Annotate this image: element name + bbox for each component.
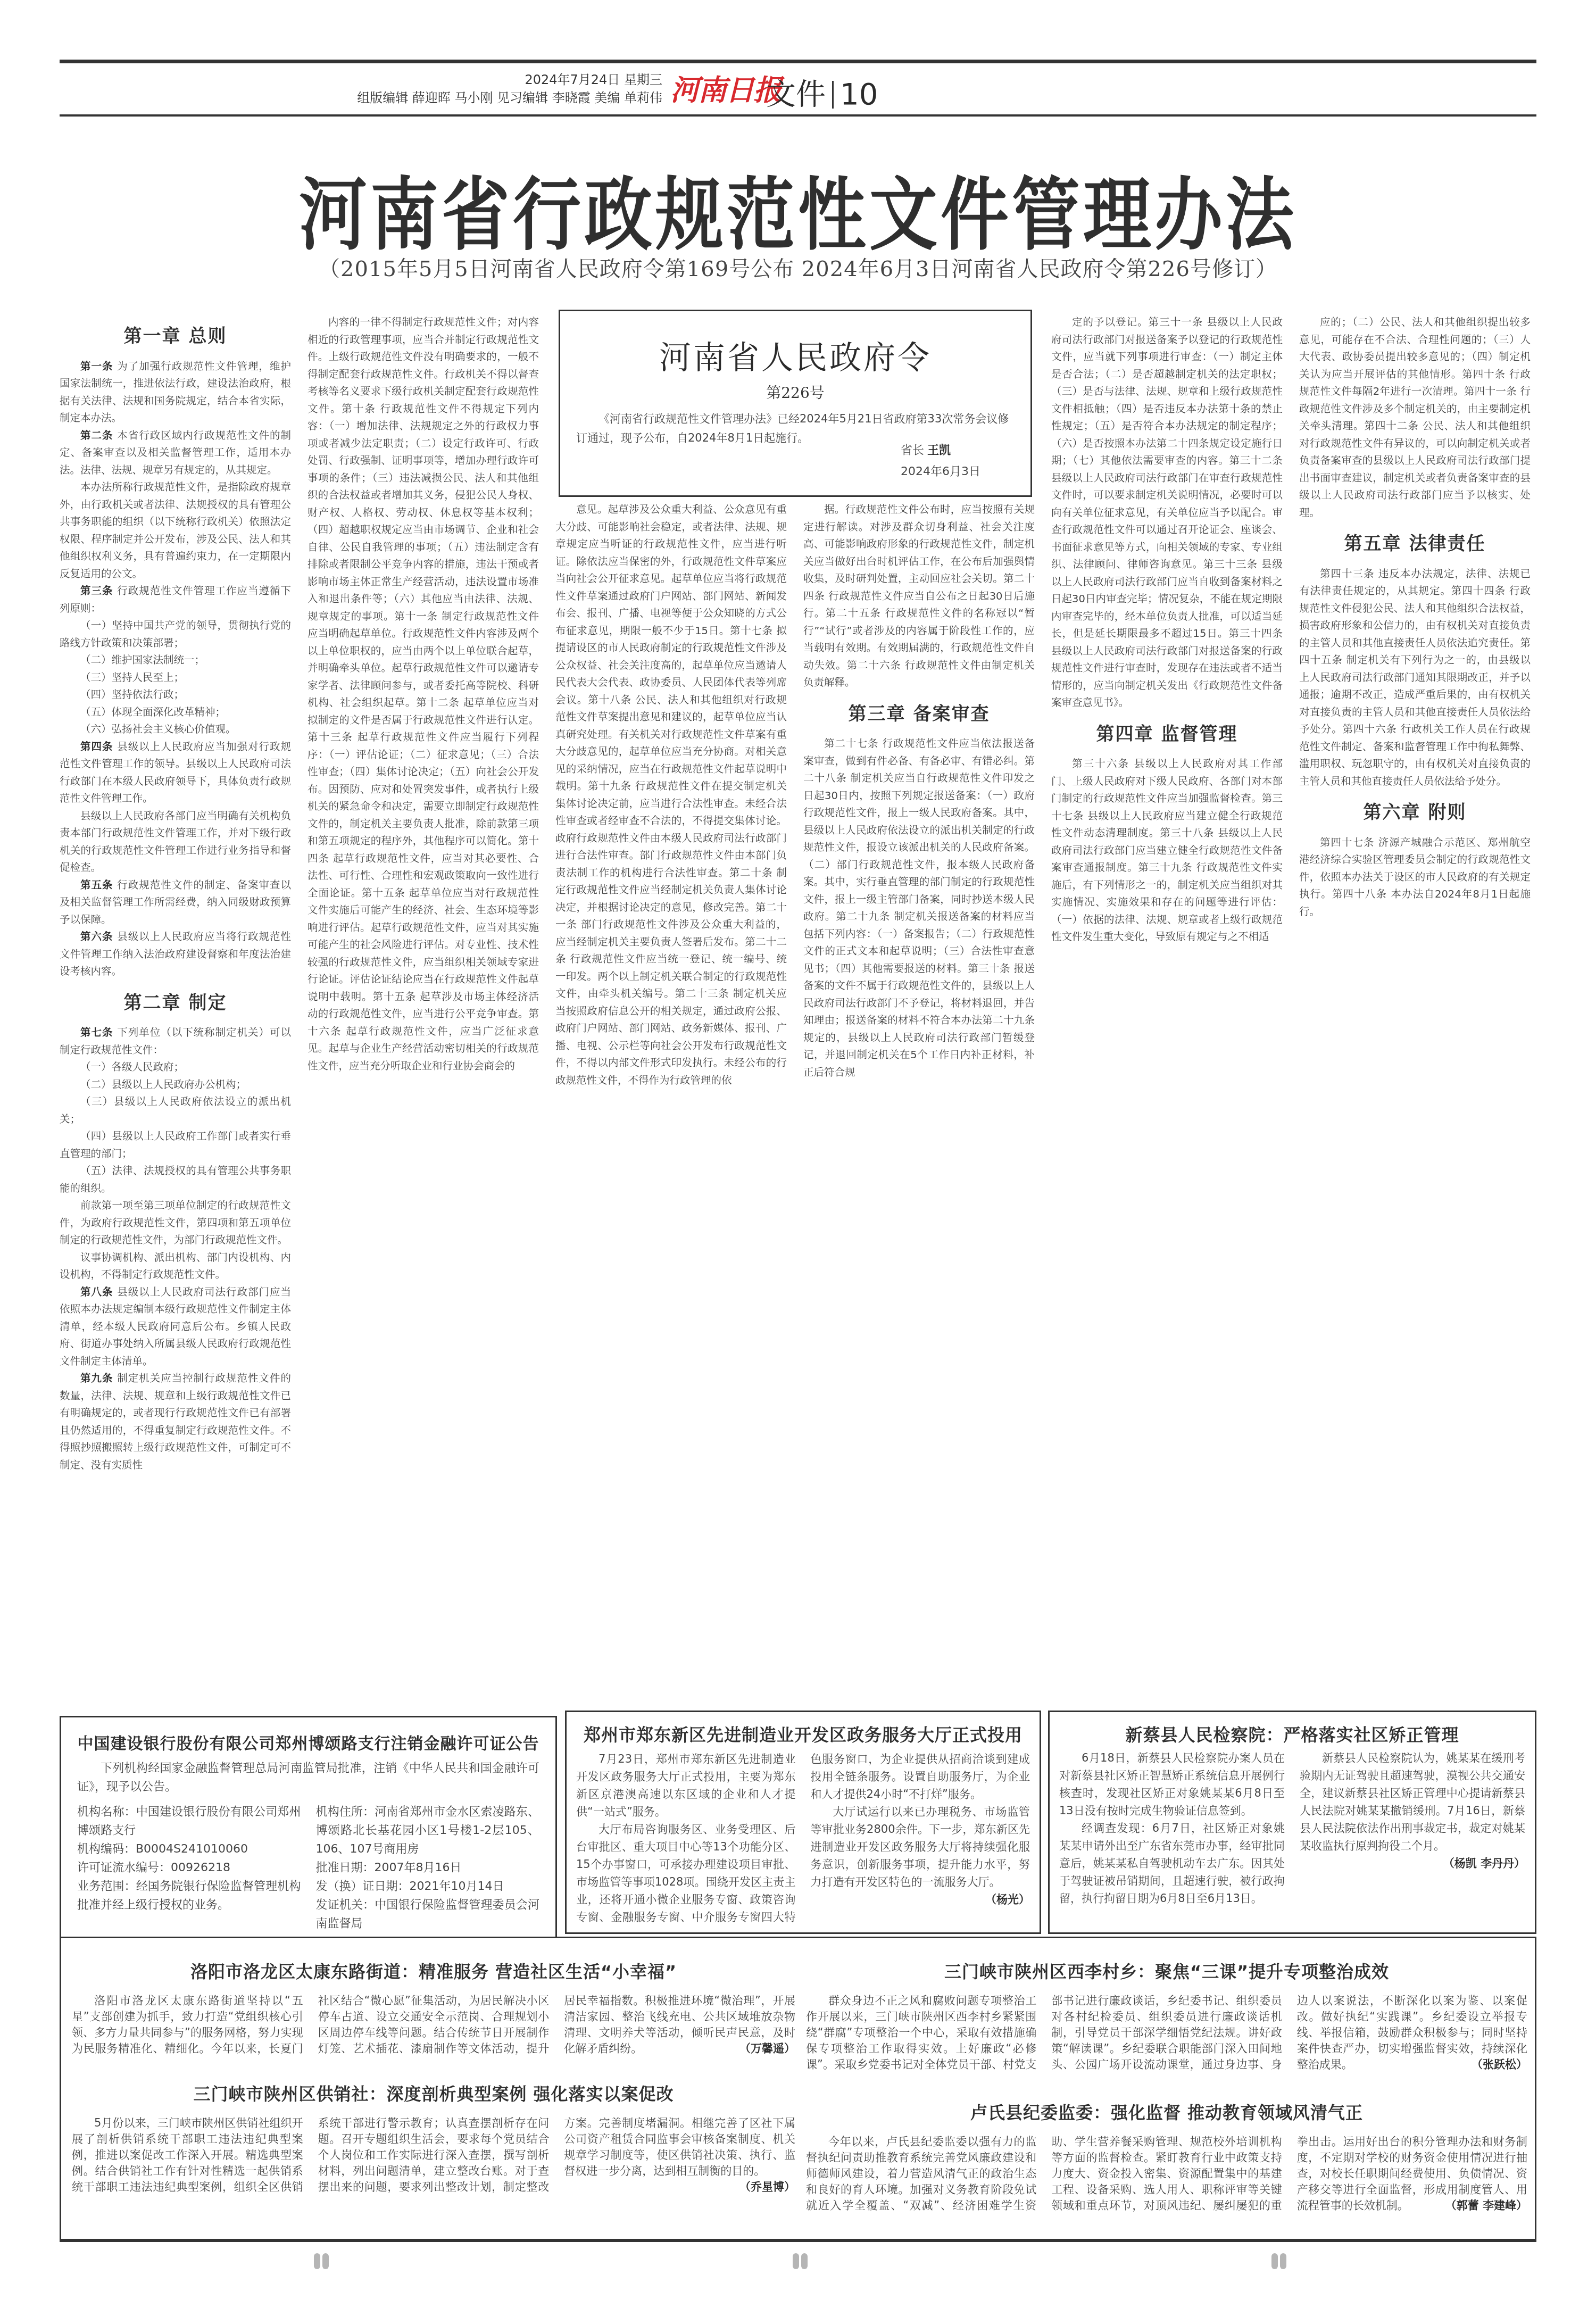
news-title: 三门峡市陕州区西李村乡：聚焦“三课”提升专项整治成效 (806, 1958, 1527, 1983)
article-text: 制定机关应当控制行政规范性文件的数量，法律、法规、规章和上级行政规范性文件已有明… (60, 1372, 291, 1471)
decree-number: 第226号 (560, 381, 1030, 403)
law-column-1: 第一章 总则 第一条 为了加强行政规范性文件管理，维护国家法制统一，推进依法行政… (60, 314, 291, 1474)
decree-title: 河南省人民政府令 (560, 333, 1030, 378)
article-list: 第七条 下列单位（以下统称制定机关）可以制定行政规范性文件：（一）各级人民政府；… (60, 1024, 291, 1474)
article-text: 议事协调机构、派出机构、部门内设机构、内设机构，不得制定行政规范性文件。 (60, 1251, 291, 1281)
article-paragraph: （六）弘扬社会主义核心价值观。 (60, 721, 291, 738)
masthead: 2024年7月24日 星期三 组版编辑 薛迎晖 马小刚 见习编辑 李晓霞 美编 … (0, 67, 1596, 113)
paragraph-text: 群众身边不正之风和腐败问题专项整治工作开展以来，三门峡市陕州区西李村乡紧紧围绕“… (806, 1994, 1527, 2071)
notice-field: 发（换）证日期：2021年10月14日 (316, 1877, 540, 1896)
article-paragraph: 第八条 县级以上人民政府司法行政部门应当依照本办法规定编制本级行政规范性文件制定… (60, 1284, 291, 1371)
chapter-heading: 第一章 总则 (60, 328, 291, 345)
article-text: 意见。起草涉及公众重大利益、公众意见有重大分歧、可能影响社会稳定，或者法律、法规… (555, 501, 787, 1089)
article-text: 定的予以登记。第三十一条 县级以上人民政府司法行政部门对报送备案予以登记的行政规… (1051, 314, 1283, 712)
byline: （杨凯 李丹丹） (1421, 1855, 1525, 1872)
page-title: 河南省行政规范性文件管理办法 (0, 152, 1596, 265)
news-lushi-discipline: 卢氏县纪委监委：强化监督 推动教育领域风清气正 今年以来，卢氏县纪委监委以强有力… (806, 2090, 1527, 2213)
law-column-2: 内容的一律不得制定行政规范性文件；对内容相近的行政管理事项，应当合并制定行政规范… (307, 314, 539, 1075)
law-column-5: 定的予以登记。第三十一条 县级以上人民政府司法行政部门对报送备案予以登记的行政规… (1051, 314, 1283, 946)
article-text: （三）县级以上人民政府依法设立的派出机关； (60, 1095, 291, 1125)
article-number: 第六条 (80, 931, 117, 943)
page-subtitle: （2015年5月5日河南省人民政府令第169号公布 2024年6月3日河南省人民… (0, 252, 1596, 283)
news-paragraph: 7月23日，郑州市郑东新区先进制造业开发区政务服务大厅正式投用，主要为郑东新区京… (576, 1750, 796, 1821)
article-paragraph: 议事协调机构、派出机构、部门内设机构、内设机构，不得制定行政规范性文件。 (60, 1249, 291, 1284)
chapter-heading: 第五章 法律责任 (1299, 535, 1531, 553)
paragraph-text: 大厅试运行以来已办理税务、市场监管等审批业务2800余件。下一步，郑东新区先进制… (811, 1805, 1030, 1888)
article-number: 第五条 (80, 879, 117, 891)
news-paragraph: 6月18日，新蔡县人民检察院办案人员在对新蔡县社区矫正智慧矫正系统信息开展例行核… (1059, 1749, 1285, 1820)
notice-field: 机构编码：B0004S241010060 (77, 1840, 301, 1858)
decree-box: 河南省人民政府令 第226号 《河南省行政规范性文件管理办法》已经2024年5月… (559, 310, 1032, 497)
news-paragraph: 群众身边不正之风和腐败问题专项整治工作开展以来，三门峡市陕州区西李村乡紧紧围绕“… (806, 1992, 1527, 2072)
notice-field: 许可证流水编号：00926218 (77, 1858, 301, 1877)
article-paragraph: （三）坚持人民至上； (60, 669, 291, 687)
news-bottom-panel: 洛阳市洛龙区太康东路街道：精准服务 营造社区生活“小幸福” 洛阳市洛龙区太康东路… (60, 1937, 1536, 2241)
article-number: 第一条 (80, 360, 117, 372)
news-body: 7月23日，郑州市郑东新区先进制造业开发区政务服务大厅正式投用，主要为郑东新区京… (567, 1750, 1040, 1926)
article-text: 本办法所称行政规范性文件，是指除政府规章外，由行政机关或者法律、法规授权的具有管… (60, 481, 291, 580)
notice-bank-license: 中国建设银行股份有限公司郑州博颂路支行注销金融许可证公告 下列机构经国家金融监督… (60, 1716, 557, 1969)
chapter-heading: 第四章 监督管理 (1051, 726, 1283, 743)
article-paragraph: 第七条 下列单位（以下统称制定机关）可以制定行政规范性文件： (60, 1024, 291, 1059)
article-text: （五）法律、法规授权的具有管理公共事务职能的组织。 (60, 1165, 291, 1194)
article-paragraph: 本办法所称行政规范性文件，是指除政府规章外，由行政机关或者法律、法规授权的具有管… (60, 479, 291, 583)
law-body: 第一章 总则 第一条 为了加强行政规范性文件管理，维护国家法制统一，推进依法行政… (60, 314, 1536, 1575)
chapter-heading: 第六章 附则 (1299, 804, 1531, 821)
decree-date: 2024年6月3日 (901, 461, 980, 483)
news-body: 6月18日，新蔡县人民检察院办案人员在对新蔡县社区矫正智慧矫正系统信息开展例行核… (1050, 1749, 1535, 1907)
notice-field: 机构名称：中国建设银行股份有限公司郑州博颂路支行 (77, 1803, 301, 1840)
notice-title: 中国建设银行股份有限公司郑州博颂路支行注销金融许可证公告 (70, 1730, 547, 1754)
article-text: 第四十三条 违反本办法规定，法律、法规已有法律责任规定的，从其规定。第四十四条 … (1299, 566, 1531, 791)
news-body: 洛阳市洛龙区太康东路街道坚持以“五星”支部创建为抓手，致力打造“党组织核心引领、… (72, 1992, 795, 2056)
paragraph-text: 洛阳市洛龙区太康东路街道坚持以“五星”支部创建为抓手，致力打造“党组织核心引领、… (72, 1994, 795, 2055)
notice-field: 批准日期：2007年8月16日 (316, 1858, 540, 1877)
article-text: （五）体现全面深化改革精神； (80, 706, 226, 718)
paragraph-text: 5月份以来，三门峡市陕州区供销社组织开展了剖析供销系统干部职工违法违纪典型案例，… (72, 2116, 795, 2193)
article-paragraph: （三）县级以上人民政府依法设立的派出机关； (60, 1093, 291, 1128)
news-zhengdong-hall: 郑州市郑东新区先进制造业开发区政务服务大厅正式投用 7月23日，郑州市郑东新区先… (565, 1711, 1041, 1934)
news-paragraph: 洛阳市洛龙区太康东路街道坚持以“五星”支部创建为抓手，致力打造“党组织核心引领、… (72, 1992, 795, 2056)
notice-body: 下列机构经国家金融监督管理总局河南监管局批准，注销《中华人民共和国金融许可证》，… (61, 1759, 555, 1933)
signer-name: 王凯 (927, 444, 951, 457)
news-title: 郑州市郑东新区先进制造业开发区政务服务大厅正式投用 (572, 1722, 1034, 1746)
masthead-rule (60, 114, 1536, 117)
byline: （万馨遥） (717, 2040, 795, 2056)
article-paragraph: 第九条 制定机关应当控制行政规范性文件的数量，法律、法规、规章和上级行政规范性文… (60, 1370, 291, 1474)
article-paragraph: （二）县级以上人民政府办公机构； (60, 1076, 291, 1094)
article-text: 第四十七条 济源产城融合示范区、郑州航空港经济综合实验区管理委员会制定的行政规范… (1299, 834, 1531, 921)
article-text: 第三十六条 县级以上人民政府对其工作部门、上级人民政府对下级人民政府、各部门对本… (1051, 756, 1283, 946)
news-shanzhou-supply: 三门峡市陕州区供销社：深度剖析典型案例 强化落实以案促改 5月份以来，三门峡市陕… (72, 2071, 795, 2195)
article-number: 第九条 (80, 1372, 117, 1384)
paragraph-text: 今年以来，卢氏县纪委监委以强有力的监督执纪问责助推教育系统完善党风廉政建设和师德… (806, 2135, 1527, 2212)
news-paragraph: 大厅试运行以来已办理税务、市场监管等审批业务2800余件。下一步，郑东新区先进制… (811, 1803, 1030, 1891)
news-paragraph: 5月份以来，三门峡市陕州区供销社组织开展了剖析供销系统干部职工违法违纪典型案例，… (72, 2115, 795, 2195)
section-name: 文件 (766, 77, 826, 112)
article-paragraph: 第三条 行政规范性文件管理工作应当遵循下列原则： (60, 583, 291, 617)
news-title: 卢氏县纪委监委：强化监督 推动教育领域风清气正 (806, 2099, 1527, 2124)
news-body: 群众身边不正之风和腐败问题专项整治工作开展以来，三门峡市陕州区西李村乡紧紧围绕“… (806, 1992, 1527, 2072)
law-column-3: 意见。起草涉及公众重大利益、公众意见有重大分歧、可能影响社会稳定，或者法律、法规… (555, 501, 787, 1089)
newspaper-logo: 河南日报 (670, 68, 781, 109)
editors-line: 组版编辑 薛迎晖 马小刚 见习编辑 李晓霞 美编 单莉伟 (298, 89, 662, 107)
news-title: 三门峡市陕州区供销社：深度剖析典型案例 强化落实以案促改 (72, 2081, 795, 2105)
article-text: 前款第一项至第三项单位制定的行政规范性文件，为政府行政规范性文件，第四项和第五项… (60, 1199, 291, 1246)
news-xili-village: 三门峡市陕州区西李村乡：聚焦“三课”提升专项整治成效 群众身边不正之风和腐败问题… (806, 1944, 1527, 2072)
notice-intro: 下列机构经国家金融监督管理总局河南监管局批准，注销《中华人民共和国金融许可证》，… (77, 1759, 539, 1796)
article-text: （一）各级人民政府； (80, 1061, 184, 1073)
notice-field: 发证机关：中国银行保险监督管理委员会河南监督局 (316, 1896, 540, 1933)
registration-mark (793, 2253, 814, 2272)
paragraph-text: 新蔡县人民检察院认为，姚某某在缓刑考验期内无证驾驶且超速驾驶，漠视公共交通安全，… (1300, 1751, 1525, 1852)
article-text: （二）维护国家法制统一； (80, 654, 205, 666)
article-paragraph: 第一条 为了加强行政规范性文件管理，维护国家法制统一，推进依法行政，建设法治政府… (60, 358, 291, 427)
news-luoyang: 洛阳市洛龙区太康东路街道：精准服务 营造社区生活“小幸福” 洛阳市洛龙区太康东路… (72, 1944, 795, 2056)
section-divider (832, 81, 834, 109)
article-list: 第一条 为了加强行政规范性文件管理，维护国家法制统一，推进依法行政，建设法治政府… (60, 358, 291, 981)
article-number: 第八条 (80, 1286, 117, 1298)
news-body: 5月份以来，三门峡市陕州区供销社组织开展了剖析供销系统干部职工违法违纪典型案例，… (72, 2115, 795, 2195)
article-text: （四）县级以上人民政府工作部门或者实行垂直管理的部门； (60, 1130, 291, 1160)
registration-mark (1271, 2253, 1293, 2272)
section-label: 文件10 (766, 71, 878, 113)
article-text: （四）坚持依法行政； (80, 688, 184, 701)
news-title: 新蔡县人民检察院：严格落实社区矫正管理 (1055, 1722, 1529, 1746)
byline: （郭蕾 李建峰） (1423, 2197, 1527, 2213)
article-paragraph: 县级以上人民政府各部门应当明确有关机构负责本部门行政规范性文件管理工作，并对下级… (60, 808, 291, 877)
news-paragraph: 经调查发现：6月7日，社区矫正对象姚某某申请外出至广东省东莞市办事，经审批同意后… (1059, 1820, 1285, 1907)
masthead-meta: 2024年7月24日 星期三 组版编辑 薛迎晖 马小刚 见习编辑 李晓霞 美编 … (298, 71, 662, 107)
page-number: 10 (840, 77, 878, 112)
decree-signature: 省长王凯 2024年6月3日 (901, 440, 980, 483)
article-text: 县级以上人民政府各部门应当明确有关机构负责本部门行政规范性文件管理工作，并对下级… (60, 810, 291, 874)
law-column-4: 据。行政规范性文件公布时，应当按照有关规定进行解读。对涉及群众切身利益、社会关注… (803, 501, 1035, 1081)
notice-fields: 机构名称：中国建设银行股份有限公司郑州博颂路支行机构编码：B0004S24101… (77, 1803, 539, 1933)
article-paragraph: （二）维护国家法制统一； (60, 652, 291, 669)
news-title: 洛阳市洛龙区太康东路街道：精准服务 营造社区生活“小幸福” (72, 1958, 795, 1983)
article-number: 第四条 (80, 741, 117, 753)
article-number: 第七条 (80, 1026, 117, 1039)
article-paragraph: 第四条 县级以上人民政府应当加强对行政规范性文件管理工作的领导。县级以上人民政府… (60, 738, 291, 808)
signer-role: 省长 (901, 444, 924, 457)
news-body: 今年以来，卢氏县纪委监委以强有力的监督执纪问责助推教育系统完善党风廉政建设和师德… (806, 2133, 1527, 2213)
article-paragraph: （一）各级人民政府； (60, 1059, 291, 1076)
top-rule (60, 60, 1536, 63)
news-paragraph: 今年以来，卢氏县纪委监委以强有力的监督执纪问责助推教育系统完善党风廉政建设和师德… (806, 2133, 1527, 2213)
article-number: 第三条 (80, 585, 117, 597)
news-paragraph: 新蔡县人民检察院认为，姚某某在缓刑考验期内无证驾驶且超速驾驶，漠视公共交通安全，… (1300, 1749, 1525, 1855)
article-text: （二）县级以上人民政府办公机构； (80, 1078, 246, 1091)
chapter-heading: 第三章 备案审查 (803, 705, 1035, 723)
issue-date: 2024年7月24日 星期三 (298, 71, 662, 89)
bottom-rule (60, 2239, 1536, 2242)
article-paragraph: 第六条 县级以上人民政府应当将行政规范性文件管理工作纳入法治政府建设督察和年度法… (60, 928, 291, 981)
article-paragraph: （四）县级以上人民政府工作部门或者实行垂直管理的部门； (60, 1128, 291, 1163)
article-paragraph: （五）法律、法规授权的具有管理公共事务职能的组织。 (60, 1163, 291, 1197)
article-paragraph: （一）坚持中国共产党的领导，贯彻执行党的路线方针政策和决策部署； (60, 617, 291, 652)
byline: （杨光） (963, 1891, 1030, 1908)
article-paragraph: （四）坚持依法行政； (60, 686, 291, 704)
news-xincai-procuratorate: 新蔡县人民检察院：严格落实社区矫正管理 6月18日，新蔡县人民检察院办案人员在对… (1048, 1711, 1536, 1934)
notice-field: 机构住所：河南省郑州市金水区索凌路东、博颂路北长基花园小区1号楼1-2层105、… (316, 1803, 540, 1858)
article-paragraph: 第五条 行政规范性文件的制定、备案审查以及相关监督管理工作所需经费，纳入同级财政… (60, 877, 291, 929)
article-paragraph: 前款第一项至第三项单位制定的行政规范性文件，为政府行政规范性文件，第四项和第五项… (60, 1197, 291, 1249)
byline: （张跃松） (1449, 2056, 1527, 2072)
article-text: 内容的一律不得制定行政规范性文件；对内容相近的行政管理事项，应当合并制定行政规范… (307, 314, 539, 1075)
article-text: （一）坚持中国共产党的领导，贯彻执行党的路线方针政策和决策部署； (60, 619, 291, 649)
article-text: （三）坚持人民至上； (80, 671, 184, 684)
notice-field: 业务范围：经国务院银行保险监督管理机构批准并经上级行授权的业务。 (77, 1877, 301, 1914)
law-column-6: 应的；（二）公民、法人和其他组织提出较多意见，可能存在不合法、合理性问题的；（三… (1299, 314, 1531, 920)
article-paragraph: （五）体现全面深化改革精神； (60, 704, 291, 721)
byline: （乔星博） (717, 2179, 795, 2195)
article-text: 第二十七条 行政规范性文件应当依法报送备案审查，做到有件必备、有备必审、有错必纠… (803, 735, 1035, 1081)
article-text: （六）弘扬社会主义核心价值观。 (80, 723, 236, 735)
article-text: 据。行政规范性文件公布时，应当按照有关规定进行解读。对涉及群众切身利益、社会关注… (803, 501, 1035, 692)
chapter-heading: 第二章 制定 (60, 994, 291, 1012)
article-paragraph: 第二条 本省行政区域内行政规范性文件的制定、备案审查以及相关监督管理工作，适用本… (60, 427, 291, 479)
registration-mark (314, 2253, 335, 2272)
article-text: 应的；（二）公民、法人和其他组织提出较多意见，可能存在不合法、合理性问题的；（三… (1299, 314, 1531, 521)
article-number: 第二条 (80, 429, 117, 442)
